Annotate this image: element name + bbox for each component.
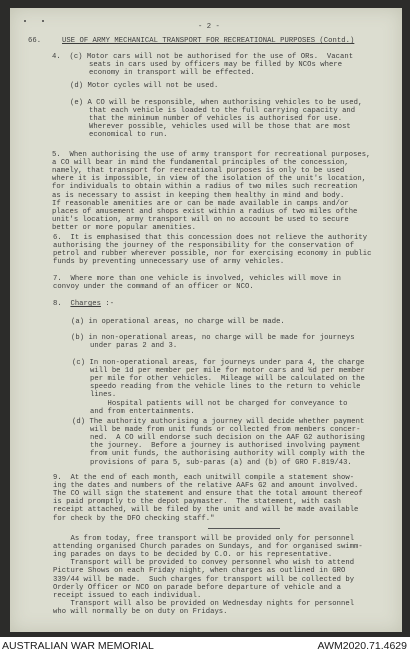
para-5: a CO will bear in mind the fundamental p… xyxy=(52,159,349,167)
document-page: - 2 - 66.USE OF ARMY MECHANICAL TRANSPOR… xyxy=(10,8,402,632)
para-5: 5. When authorising the use of army tran… xyxy=(52,151,371,159)
notice-paragraph: Picture Shows on each Friday night, when… xyxy=(53,567,345,575)
para-4c: seats in cars used by officers may be fi… xyxy=(89,61,342,69)
para-5: for individuals to obtain within a radiu… xyxy=(52,183,357,191)
para-8d: from unit funds, the authorising authori… xyxy=(90,450,365,458)
para-4d: (d) Motor cycles will not be used. xyxy=(70,82,218,90)
para-8c: per mile for other vehicles. Mileage wil… xyxy=(90,375,365,383)
para-5: as is necessary to assist in keeping the… xyxy=(52,192,344,200)
para-9: for check by the DFO checking staff." xyxy=(53,515,214,523)
para-5: where it is impossible, in view of the i… xyxy=(52,175,366,183)
para-8a: (a) in operational areas, no charge will… xyxy=(71,318,285,326)
punch-mark xyxy=(42,20,44,22)
para-8b: (b) in non-operational areas, no charge … xyxy=(71,334,355,342)
para-5: If reasonable amenities are or can be ma… xyxy=(52,200,349,208)
para-8c: will be 1d per member per mile for motor… xyxy=(90,367,365,375)
section-heading: 66.USE OF ARMY MECHANICAL TRANSPORT FOR … xyxy=(28,37,354,45)
notice-paragraph: attending organised Church parades on Su… xyxy=(53,543,363,551)
para-5: unit's location, army transport will on … xyxy=(52,216,349,224)
para-8c: lines. xyxy=(90,391,116,399)
para-5: places of amusement and shops exist with… xyxy=(52,208,357,216)
para-9: ing the dates and numbers of the relativ… xyxy=(53,482,358,490)
para-6: 6. It is emphasised that this concession… xyxy=(53,234,367,242)
punch-mark xyxy=(24,20,26,22)
para-4e: Wherever possible, vehicles used will be… xyxy=(89,123,351,131)
notice-paragraph: As from today, free transport will be pr… xyxy=(53,535,354,543)
accession-number: AWM2020.71.4629 xyxy=(317,640,407,652)
para-8d: ned. A CO will endorse such decision on … xyxy=(90,434,365,442)
notice-paragraph: 339/44 will be made. Such charges for tr… xyxy=(53,576,354,584)
notice-paragraph: Orderly Officer or NCO on parade before … xyxy=(53,584,341,592)
section-number: 66. xyxy=(28,37,62,45)
para-9: receipt attached, will be filed by the u… xyxy=(53,506,358,514)
para-7: 7. Where more than one vehicle is involv… xyxy=(53,275,341,283)
para-8d: will be made from unit funds or collecte… xyxy=(90,426,361,434)
page-number: - 2 - xyxy=(198,23,220,31)
separator-rule xyxy=(208,528,280,529)
para-8-heading: 8. Charges :- xyxy=(53,300,114,308)
para-8c: Hospital patients will not be charged fo… xyxy=(90,400,347,408)
charges-suffix: :- xyxy=(101,300,114,308)
para-8c: speedo reading from the vehicle lines to… xyxy=(90,383,361,391)
notice-paragraph: ing parades on days to be decided by C.O… xyxy=(53,551,332,559)
para-9: 9. At the end of each month, each unitwi… xyxy=(53,474,354,482)
para-8-number: 8. xyxy=(53,300,70,308)
para-6: petrol and rubber wherever possible, nor… xyxy=(53,250,372,258)
para-5: namely, that transport for recreational … xyxy=(52,167,344,175)
institution-caption: AUSTRALIAN WAR MEMORIAL xyxy=(2,640,154,652)
para-8d: the journey. Before a journey is authori… xyxy=(90,442,361,450)
notice-paragraph: Transport will also be provided on Wedne… xyxy=(53,600,354,608)
para-5: better or more popular amenities. xyxy=(52,224,196,232)
para-8b: under paras 2 and 3. xyxy=(90,342,177,350)
charges-title: Charges xyxy=(70,300,101,308)
para-9: is paid promptly to the depot paymaster.… xyxy=(53,498,341,506)
notice-paragraph: Transport will be provided to convey per… xyxy=(53,559,354,567)
para-4e: that the minimum number of vehicles is a… xyxy=(89,115,342,123)
scan-background: - 2 - 66.USE OF ARMY MECHANICAL TRANSPOR… xyxy=(0,0,410,637)
notice-paragraph: who will normally be on duty on Fridays. xyxy=(53,608,228,616)
para-4e: that each vehicle is loaded to the full … xyxy=(89,107,355,115)
para-8c: and from entertainments. xyxy=(90,408,195,416)
para-8c: (c) In non-operational areas, for journe… xyxy=(72,359,364,367)
para-4e: economical to run. xyxy=(89,131,168,139)
notice-paragraph: receipt issued to each individual. xyxy=(53,592,201,600)
para-8d: provisions of para 5, sub-paras (a) and … xyxy=(90,459,352,467)
para-9: The CO will sign the statement and ensur… xyxy=(53,490,363,498)
para-7: convoy under the command of an officer o… xyxy=(53,283,254,291)
section-title: USE OF ARMY MECHANICAL TRANSPORT FOR REC… xyxy=(62,37,354,45)
para-6: funds by preventing unnecessary use of a… xyxy=(53,258,284,266)
para-4c: economy in transport will be effected. xyxy=(89,69,255,77)
para-4c: 4. (c) Motor cars will not be authorised… xyxy=(52,53,353,61)
para-6: authorising the journey of the responsib… xyxy=(53,242,354,250)
para-8d: (d) The authority authorising a journey … xyxy=(72,418,364,426)
para-4e: (e) A CO will be responsible, when autho… xyxy=(70,99,362,107)
typed-text: - 2 - 66.USE OF ARMY MECHANICAL TRANSPOR… xyxy=(10,8,402,632)
